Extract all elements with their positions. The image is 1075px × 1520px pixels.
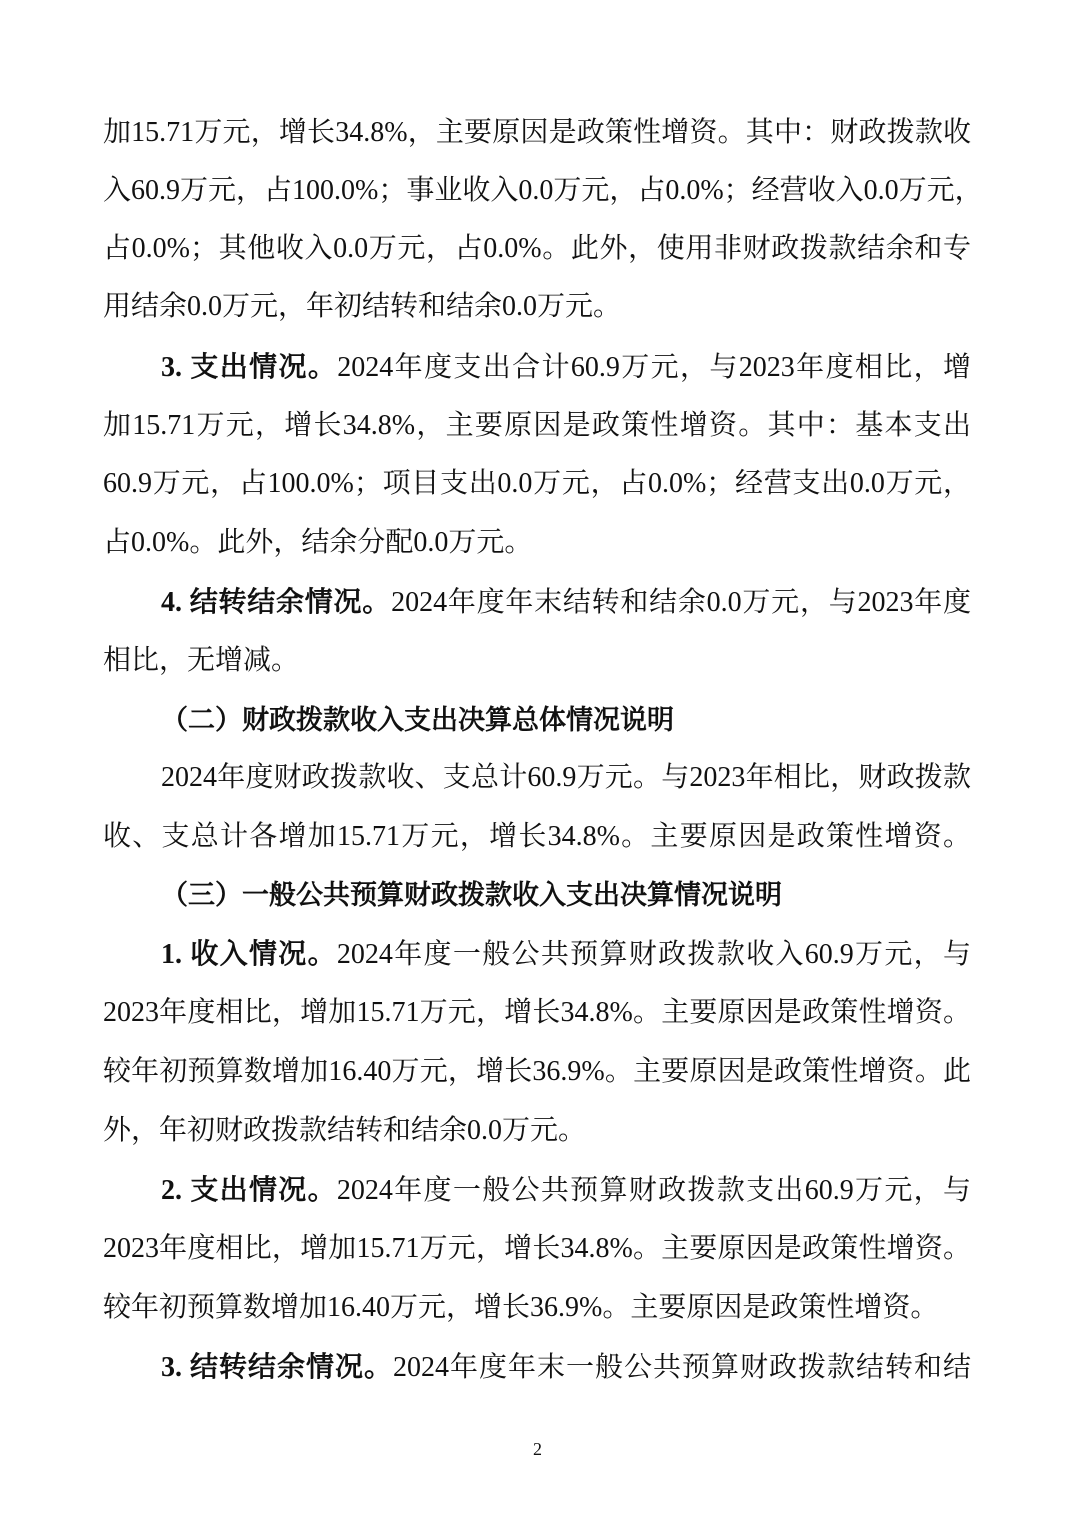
paragraph-line: 外，年初财政拨款结转和结余0.0万元。 xyxy=(103,1111,971,1151)
paragraph-line: 用结余0.0万元，年初结转和结余0.0万元。 xyxy=(103,287,971,327)
paragraph-line: 占0.0%；其他收入0.0万元，占0.0%。此外，使用非财政拨款结余和专 xyxy=(103,229,971,269)
paragraph-line: 2024年度财政拨款收、支总计60.9万元。与2023年相比，财政拨款 xyxy=(103,758,971,798)
paragraph-line: 3. 结转结余情况。2024年度年末一般公共预算财政拨款结转和结 xyxy=(103,1348,971,1388)
item-text: 2024年度一般公共预算财政拨款支出60.9万元，与 xyxy=(337,1175,971,1206)
paragraph-line: 2. 支出情况。2024年度一般公共预算财政拨款支出60.9万元，与 xyxy=(103,1171,971,1211)
paragraph-line: 2023年度相比，增加15.71万元，增长34.8%。主要原因是政策性增资。 xyxy=(103,993,971,1033)
item-text: 2024年度年末结转和结余0.0万元，与2023年度 xyxy=(391,587,971,618)
item-label: 3. 结转结余情况。 xyxy=(161,1352,393,1383)
item-label: 3. 支出情况。 xyxy=(161,352,337,383)
paragraph-line: 4. 结转结余情况。2024年度年末结转和结余0.0万元，与2023年度 xyxy=(103,583,971,623)
item-label: 4. 结转结余情况。 xyxy=(161,587,391,618)
paragraph-line: 2023年度相比，增加15.71万元，增长34.8%。主要原因是政策性增资。 xyxy=(103,1229,971,1269)
item-text: 2024年度年末一般公共预算财政拨款结转和结 xyxy=(393,1352,971,1383)
section-heading: （三）一般公共预算财政拨款收入支出决算情况说明 xyxy=(103,876,971,916)
paragraph-line: 相比，无增减。 xyxy=(103,641,971,681)
paragraph-line: 较年初预算数增加16.40万元，增长36.9%。主要原因是政策性增资。 xyxy=(103,1288,971,1328)
paragraph-line: 3. 支出情况。2024年度支出合计60.9万元，与2023年度相比，增 xyxy=(103,348,971,388)
paragraph-line: 60.9万元，占100.0%；项目支出0.0万元，占0.0%；经营支出0.0万元… xyxy=(103,464,971,504)
paragraph-line: 加15.71万元，增长34.8%，主要原因是政策性增资。其中：财政拨款收 xyxy=(103,113,971,153)
item-text: 2024年度一般公共预算财政拨款收入60.9万元，与 xyxy=(337,939,971,970)
item-label: 2. 支出情况。 xyxy=(161,1175,337,1206)
item-label: 1. 收入情况。 xyxy=(161,939,337,970)
paragraph-line: 加15.71万元，增长34.8%，主要原因是政策性增资。其中：基本支出 xyxy=(103,406,971,446)
paragraph-line: 收、支总计各增加15.71万元，增长34.8%。主要原因是政策性增资。 xyxy=(103,817,971,857)
item-text: 2024年度支出合计60.9万元，与2023年度相比，增 xyxy=(337,352,971,383)
paragraph-line: 1. 收入情况。2024年度一般公共预算财政拨款收入60.9万元，与 xyxy=(103,935,971,975)
paragraph-line: 入60.9万元，占100.0%；事业收入0.0万元，占0.0%；经营收入0.0万… xyxy=(103,171,971,211)
section-heading: （二）财政拨款收入支出决算总体情况说明 xyxy=(103,701,971,741)
paragraph-line: 占0.0%。此外，结余分配0.0万元。 xyxy=(103,523,971,563)
paragraph-line: 较年初预算数增加16.40万元，增长36.9%。主要原因是政策性增资。此 xyxy=(103,1052,971,1092)
page-number: 2 xyxy=(0,1437,1075,1461)
